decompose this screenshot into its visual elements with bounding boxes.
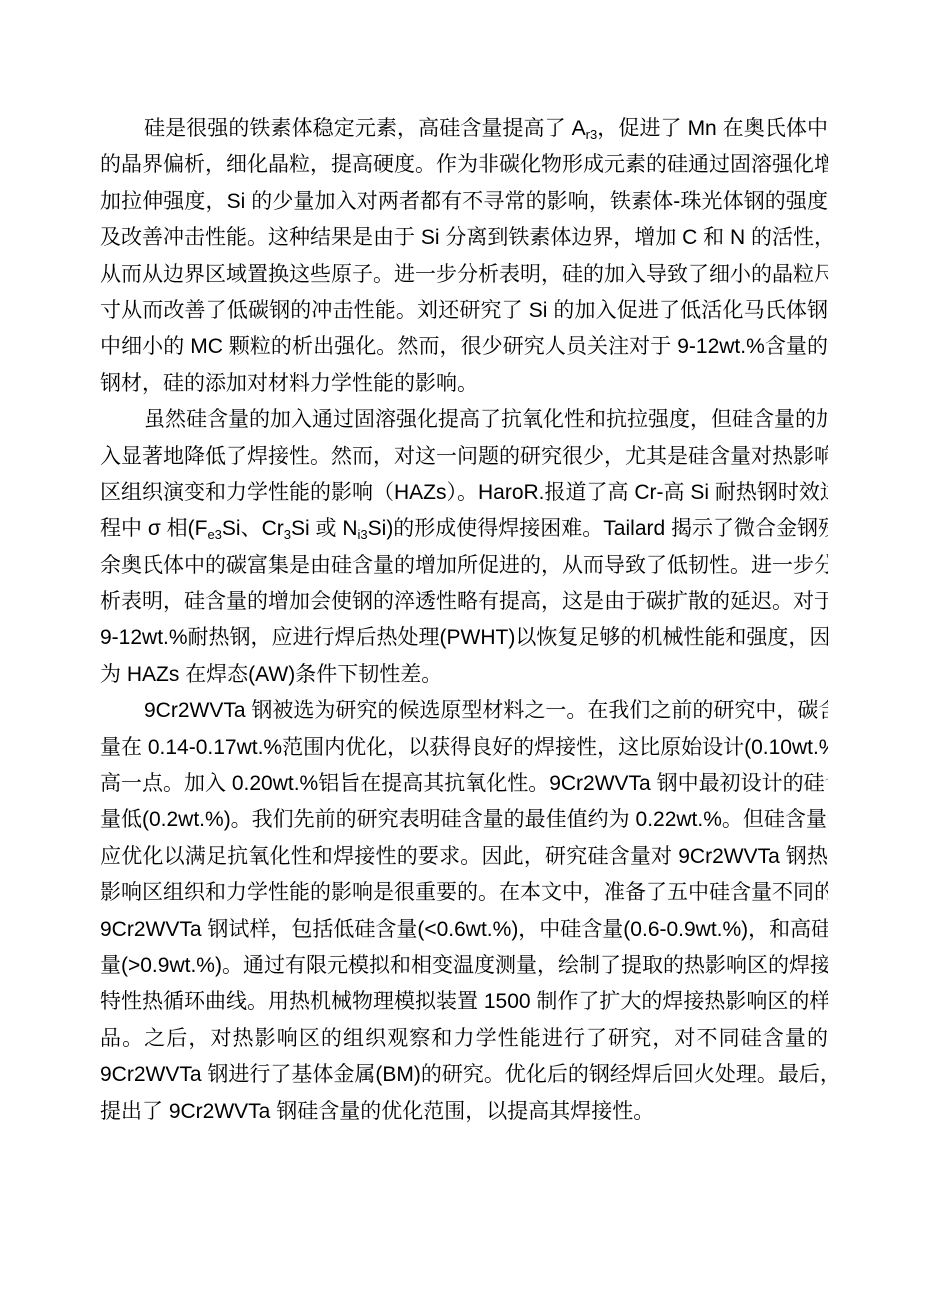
text-run: Si 或 N: [291, 517, 358, 540]
text-run: 及改善冲击性能。这种结果是由于 Si 分离到铁素体边界，增加 C 和 N 的活性…: [100, 226, 828, 249]
text-run: 特性热循环曲线。用热机械物理模拟装置 1500 制作了扩大的焊接热影响区的样: [100, 990, 828, 1013]
text-run: 影响区组织和力学性能的影响是很重要的。在本文中，准备了五中硅含量不同的: [100, 881, 828, 904]
text-line: 析表明，硅含量的增加会使钢的淬透性略有提高，这是由于碳扩散的延迟。对于: [100, 584, 828, 620]
text-run: 入显著地降低了焊接性。然而，对这一问题的研究很少，尤其是硅含量对热影响: [100, 445, 828, 468]
text-run: 为 HAZs 在焊态(AW)条件下韧性差。: [100, 663, 442, 686]
subscript-text-run: e3: [207, 527, 221, 542]
text-run: 析表明，硅含量的增加会使钢的淬透性略有提高，这是由于碳扩散的延迟。对于: [100, 590, 828, 613]
text-run: 量低(0.2wt.%)。我们先前的研究表明硅含量的最佳值约为 0.22wt.%。…: [100, 808, 828, 831]
text-line: 钢材，硅的添加对材料力学性能的影响。: [100, 366, 828, 402]
subscript-text-run: 3: [284, 527, 291, 542]
subscript-text-run: i3: [358, 527, 368, 542]
text-line: 品。之后，对热影响区的组织观察和力学性能进行了研究，对不同硅含量的: [100, 1021, 828, 1057]
text-run: 9-12wt.%耐热钢，应进行焊后热处理(PWHT)以恢复足够的机械性能和强度，…: [100, 626, 828, 649]
text-run: 量在 0.14-0.17wt.%范围内优化，以获得良好的焊接性，这比原始设计(0…: [100, 736, 828, 759]
text-run: 的晶界偏析，细化晶粒，提高硬度。作为非碳化物形成元素的硅通过固溶强化增: [100, 153, 828, 176]
paragraph: 虽然硅含量的加入通过固溶强化提高了抗氧化性和抗拉强度，但硅含量的加入显著地降低了…: [100, 402, 828, 693]
text-line: 应优化以满足抗氧化性和焊接性的要求。因此，研究硅含量对 9Cr2WVTa 钢热: [100, 839, 828, 875]
text-run: 9Cr2WVTa 钢进行了基体金属(BM)的研究。优化后的钢经焊后回火处理。最后…: [100, 1063, 828, 1086]
text-run: 从而从边界区域置换这些原子。进一步分析表明，硅的加入导致了细小的晶粒尺: [100, 263, 828, 286]
paragraph: 9Cr2WVTa 钢被选为研究的候选原型材料之一。在我们之前的研究中，碳含量在 …: [100, 693, 828, 1130]
text-line: 量(>0.9wt.%)。通过有限元模拟和相变温度测量，绘制了提取的热影响区的焊接: [100, 948, 828, 984]
text-run: Si)的形成使得焊接困难。Tailard 揭示了微合金钢残: [368, 517, 828, 540]
text-run: 区组织演变和力学性能的影响（HAZs）。HaroR.报道了高 Cr-高 Si 耐…: [100, 481, 828, 504]
text-run: 加拉伸强度，Si 的少量加入对两者都有不寻常的影响，铁素体-珠光体钢的强度: [100, 190, 828, 213]
text-line: 量低(0.2wt.%)。我们先前的研究表明硅含量的最佳值约为 0.22wt.%。…: [100, 802, 828, 838]
text-line: 中细小的 MC 颗粒的析出强化。然而，很少研究人员关注对于 9-12wt.%含量…: [100, 329, 828, 365]
text-run: Si、Cr: [222, 517, 284, 540]
text-run: 中细小的 MC 颗粒的析出强化。然而，很少研究人员关注对于 9-12wt.%含量…: [100, 335, 828, 358]
text-run: 提出了 9Cr2WVTa 钢硅含量的优化范围，以提高其焊接性。: [100, 1100, 654, 1123]
text-run: 寸从而改善了低碳钢的冲击性能。刘还研究了 Si 的加入促进了低活化马氏体钢: [100, 299, 828, 322]
paragraph: 硅是很强的铁素体稳定元素，高硅含量提高了 Ar3，促进了 Mn 在奥氏体中的晶界…: [100, 111, 828, 402]
text-line: 量在 0.14-0.17wt.%范围内优化，以获得良好的焊接性，这比原始设计(0…: [100, 730, 828, 766]
text-line: 寸从而改善了低碳钢的冲击性能。刘还研究了 Si 的加入促进了低活化马氏体钢: [100, 293, 828, 329]
text-run: 虽然硅含量的加入通过固溶强化提高了抗氧化性和抗拉强度，但硅含量的加: [144, 408, 828, 431]
text-line: 程中 σ 相(Fe3Si、Cr3Si 或 Ni3Si)的形成使得焊接困难。Tai…: [100, 511, 828, 547]
text-line: 硅是很强的铁素体稳定元素，高硅含量提高了 Ar3，促进了 Mn 在奥氏体中: [100, 111, 828, 147]
text-line: 虽然硅含量的加入通过固溶强化提高了抗氧化性和抗拉强度，但硅含量的加: [100, 402, 828, 438]
text-line: 为 HAZs 在焊态(AW)条件下韧性差。: [100, 657, 828, 693]
text-line: 区组织演变和力学性能的影响（HAZs）。HaroR.报道了高 Cr-高 Si 耐…: [100, 475, 828, 511]
text-line: 9Cr2WVTa 钢试样，包括低硅含量(<0.6wt.%)，中硅含量(0.6-0…: [100, 912, 828, 948]
text-line: 提出了 9Cr2WVTa 钢硅含量的优化范围，以提高其焊接性。: [100, 1094, 828, 1130]
text-line: 9Cr2WVTa 钢进行了基体金属(BM)的研究。优化后的钢经焊后回火处理。最后…: [100, 1057, 828, 1093]
text-line: 的晶界偏析，细化晶粒，提高硬度。作为非碳化物形成元素的硅通过固溶强化增: [100, 147, 828, 183]
text-run: ，促进了 Mn 在奥氏体中: [597, 117, 828, 140]
text-run: 应优化以满足抗氧化性和焊接性的要求。因此，研究硅含量对 9Cr2WVTa 钢热: [100, 845, 828, 868]
text-line: 及改善冲击性能。这种结果是由于 Si 分离到铁素体边界，增加 C 和 N 的活性…: [100, 220, 828, 256]
text-run: 量(>0.9wt.%)。通过有限元模拟和相变温度测量，绘制了提取的热影响区的焊接: [100, 954, 828, 977]
text-line: 特性热循环曲线。用热机械物理模拟装置 1500 制作了扩大的焊接热影响区的样: [100, 984, 828, 1020]
text-line: 余奥氏体中的碳富集是由硅含量的增加所促进的，从而导致了低韧性。进一步分: [100, 548, 828, 584]
text-run: 9Cr2WVTa 钢试样，包括低硅含量(<0.6wt.%)，中硅含量(0.6-0…: [100, 918, 828, 941]
text-run: 高一点。加入 0.20wt.%铝旨在提高其抗氧化性。9Cr2WVTa 钢中最初设…: [100, 772, 828, 795]
text-run: 品。之后，对热影响区的组织观察和力学性能进行了研究，对不同硅含量的: [100, 1027, 828, 1050]
document-page: 硅是很强的铁素体稳定元素，高硅含量提高了 Ar3，促进了 Mn 在奥氏体中的晶界…: [0, 0, 926, 1309]
text-run: 9Cr2WVTa 钢被选为研究的候选原型材料之一。在我们之前的研究中，碳含: [144, 699, 828, 722]
document-body-text: 硅是很强的铁素体稳定元素，高硅含量提高了 Ar3，促进了 Mn 在奥氏体中的晶界…: [100, 111, 828, 1130]
text-line: 9Cr2WVTa 钢被选为研究的候选原型材料之一。在我们之前的研究中，碳含: [100, 693, 828, 729]
text-line: 从而从边界区域置换这些原子。进一步分析表明，硅的加入导致了细小的晶粒尺: [100, 257, 828, 293]
text-line: 影响区组织和力学性能的影响是很重要的。在本文中，准备了五中硅含量不同的: [100, 875, 828, 911]
text-line: 9-12wt.%耐热钢，应进行焊后热处理(PWHT)以恢复足够的机械性能和强度，…: [100, 620, 828, 656]
text-run: 余奥氏体中的碳富集是由硅含量的增加所促进的，从而导致了低韧性。进一步分: [100, 554, 828, 577]
text-line: 入显著地降低了焊接性。然而，对这一问题的研究很少，尤其是硅含量对热影响: [100, 439, 828, 475]
text-run: 程中 σ 相(F: [100, 517, 207, 540]
text-line: 高一点。加入 0.20wt.%铝旨在提高其抗氧化性。9Cr2WVTa 钢中最初设…: [100, 766, 828, 802]
text-run: 钢材，硅的添加对材料力学性能的影响。: [100, 372, 478, 395]
text-line: 加拉伸强度，Si 的少量加入对两者都有不寻常的影响，铁素体-珠光体钢的强度: [100, 184, 828, 220]
text-run: 硅是很强的铁素体稳定元素，高硅含量提高了 A: [144, 117, 586, 140]
subscript-text-run: r3: [586, 127, 598, 142]
